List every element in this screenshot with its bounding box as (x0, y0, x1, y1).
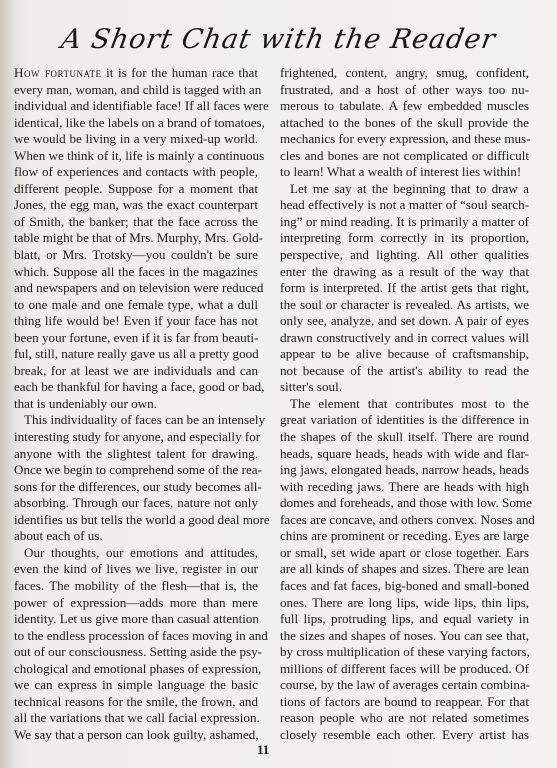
text-line: each be thankful for having a face, good… (14, 379, 258, 396)
text-line: or small, set wide apart or close togeth… (280, 545, 529, 562)
text-line: cles and bones are not complicated or di… (280, 148, 529, 165)
text-line: reason people who are not related someti… (280, 710, 529, 727)
text-line: absorbing. Through our faces, nature not… (14, 495, 258, 512)
text-line: individual and identifiable face! If all… (14, 98, 258, 115)
text-line: different people. Suppose for a moment t… (14, 181, 258, 198)
text-line: break, for at least we are individuals a… (14, 363, 258, 380)
text-line: power of expression—adds more than mere (14, 595, 258, 612)
text-line: appear to be alive because of craftsmans… (280, 346, 529, 363)
text-line: closely resemble each other. Every artis… (280, 727, 529, 744)
text-line: faces are concave, and others convex. No… (280, 512, 529, 529)
text-line: to the endless procession of faces movin… (14, 628, 258, 645)
text-line: chological and emotional phases of expre… (14, 661, 258, 678)
text-line: faces and fat faces, big-boned and small… (280, 578, 529, 595)
text-line: Our thoughts, our emotions and attitudes… (14, 545, 258, 562)
text-line: to learn! What a wealth of interest lies… (280, 164, 529, 181)
text-line: frustrated, and a host of other ways too… (280, 82, 529, 99)
text-line: we would be living in a very mixed-up wo… (14, 131, 258, 148)
text-line: not because of the artist's ability to r… (280, 363, 529, 380)
text-line: to one male and one female type, what a … (14, 297, 258, 314)
opening-small-caps: How fortunate (14, 65, 102, 80)
text-line: the sizes and shapes of noses. You can s… (280, 628, 529, 645)
text-line: mechanics for every expression, and thes… (280, 131, 529, 148)
text-line: interpreting form correctly in its propo… (280, 230, 529, 247)
text-line: anyone with the slightest talent for dra… (14, 446, 258, 463)
text-line: about each of us. (14, 528, 258, 545)
text-line: Once we begin to comprehend some of the … (14, 462, 258, 479)
text-line: faces. The mobility of the flesh—that is… (14, 578, 258, 595)
text-line: enter the drawing as a result of the way… (280, 264, 529, 281)
text-line: been your fortune, even if it is far fro… (14, 330, 258, 347)
text-line: only see, analyze, and set down. A pair … (280, 313, 529, 330)
page-title: A Short Chat with the Reader (0, 24, 557, 55)
text-line: drawn constructively and in correct valu… (280, 330, 529, 347)
text-line: technical reasons for the smile, the fro… (14, 694, 258, 711)
text-line: that is undeniably our own. (14, 396, 258, 413)
text-line: every man, woman, and child is tagged wi… (14, 82, 258, 99)
text-line: The element that contributes most to the (280, 396, 529, 413)
text-line: of Smith, the banker; that the face acro… (14, 214, 258, 231)
text-line: out of our consciousness. Setting aside … (14, 644, 258, 661)
text-line: with receding jaws. There are heads with… (280, 479, 529, 496)
text-line: sitter's soul. (280, 379, 529, 396)
text-line: even the kind of lives we live, register… (14, 561, 258, 578)
text-line: the shapes of the skull itself. There ar… (280, 429, 529, 446)
text-line: by cross multiplication of these varying… (280, 644, 529, 661)
text-line: all the variations that we call facial e… (14, 710, 258, 727)
text-line: How fortunate it is for the human race t… (14, 65, 258, 82)
text-line: frightened, content, angry, smug, confid… (280, 65, 529, 82)
text-line: are all kinds of shapes and sizes. There… (280, 561, 529, 578)
text-line: we can express in simple language the ba… (14, 677, 258, 694)
text-line: head effectively is not a matter of “sou… (280, 197, 529, 214)
text-line: sons for the differences, our study beco… (14, 479, 258, 496)
text-line: the soul or character is revealed. As ar… (280, 297, 529, 314)
text-line: attached to the bones of the skull provi… (280, 115, 529, 132)
text-line: which. Suppose all the faces in the maga… (14, 264, 258, 281)
text-line: domes and foreheads, and those with low.… (280, 495, 529, 512)
text-line: ing” or mind reading. It is primarily a … (280, 214, 529, 231)
text-line: table might be that of Mrs. Murphy, Mrs.… (14, 230, 258, 247)
text-line: and newspapers and on television were re… (14, 280, 258, 297)
text-line: perspective, and lighting. All other qua… (280, 247, 529, 264)
text-line: heads, square heads, heads with wide and… (280, 446, 529, 463)
text-line: form is interpreted. If the artist gets … (280, 280, 529, 297)
text-line: course, by the law of averages certain c… (280, 677, 529, 694)
text-line: ing jaws, elongated heads, narrow heads,… (280, 462, 529, 479)
text-line: chins are prominent or receding. Eyes ar… (280, 528, 529, 545)
text-line: great variation of identities is the dif… (280, 412, 529, 429)
text-line: tions of factors are bound to reappear. … (280, 694, 529, 711)
text-line: flow of experiences and contacts with pe… (14, 164, 258, 181)
text-line: We say that a person can look guilty, as… (14, 727, 258, 744)
text-line: This individuality of faces can be an in… (14, 412, 258, 429)
text-line: millions of different faces will be prod… (280, 661, 529, 678)
left-text-column: How fortunate it is for the human race t… (14, 65, 258, 743)
text-line: merous to tabulate. A few embedded muscl… (280, 98, 529, 115)
text-line: identical, like the labels on a brand of… (14, 115, 258, 132)
text-line: identity. Let us give more than casual a… (14, 611, 258, 628)
right-text-column: frightened, content, angry, smug, confid… (280, 65, 529, 743)
text-line: blatt, or Mrs. Trotsky—you couldn't be s… (14, 247, 258, 264)
text-line: full lips, protruding lips, and equal va… (280, 611, 529, 628)
text-line: Let me say at the beginning that to draw… (280, 181, 529, 198)
text-line: identifies us but tells the world a good… (14, 512, 258, 529)
text-line: interesting study for anyone, and especi… (14, 429, 258, 446)
text-line: ones. There are long lips, wide lips, th… (280, 595, 529, 612)
page-number: 11 (257, 742, 269, 758)
text-line: thing life would be! Even if your face h… (14, 313, 258, 330)
text-line: ful, still, nature really gave us all a … (14, 346, 258, 363)
text-line: When we think of it, life is mainly a co… (14, 148, 258, 165)
text-line: Jones, the egg man, was the exact counte… (14, 197, 258, 214)
